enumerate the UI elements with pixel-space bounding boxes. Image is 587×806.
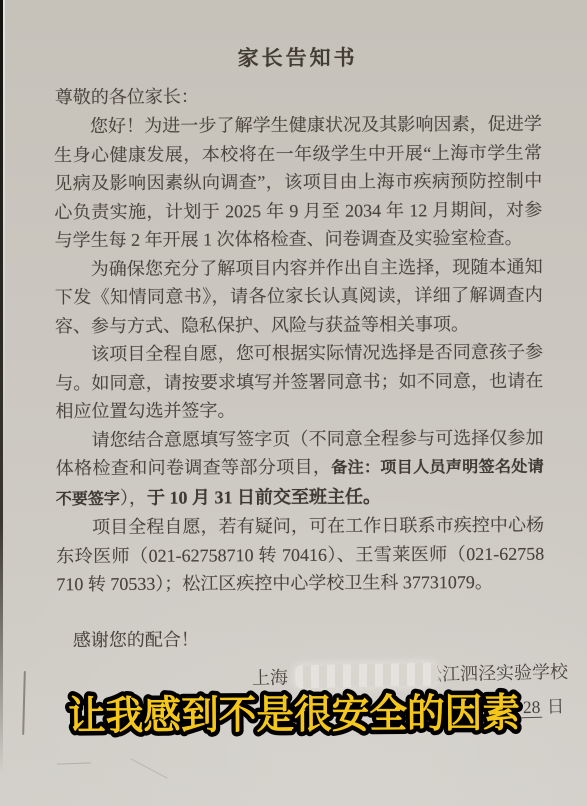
paragraph-voluntary-choice: 该项目全程自愿，您可根据实际情况选择是否同意孩子参与。如同意，请按要求填写并签署… xyxy=(55,338,543,426)
paragraph-signature-page: 请您结合意愿填写签字页（不同意全程参与可选择仅参加体格检查和问卷调查等部分项目，… xyxy=(56,423,544,513)
document-title: 家长告知书 xyxy=(54,43,542,74)
video-subtitle-caption: 让我感到不是很安全的因素 xyxy=(57,677,531,744)
deadline-text: 于 10 月 31 日前交至班主任。 xyxy=(147,486,381,507)
paragraph-survey-intro: 您好！为进一步了解学生健康状况及其影响因素，促进学生身心健康发展，本校将在一年级… xyxy=(54,110,543,255)
caption-text: 让我感到不是很安全的因素 xyxy=(68,690,520,739)
date-day-suffix: 日 xyxy=(542,696,564,716)
paper-crease-mark xyxy=(57,762,91,764)
document-photo: 家长告知书 尊敬的各位家长： 您好！为进一步了解学生健康状况及其影响因素，促进学… xyxy=(0,0,587,806)
paragraph-consent-form: 为确保您充分了解项目内容并作出自主选择，现随本通知下发《知情同意书》，请各位家长… xyxy=(55,252,543,340)
paper-crease-mark xyxy=(22,671,26,735)
greeting-line: 尊敬的各位家长： xyxy=(55,80,542,111)
paper-crease-mark xyxy=(130,758,168,779)
closing-bracket: ）， xyxy=(120,487,147,507)
thanks-line: 感谢您的配合！ xyxy=(57,623,545,654)
notice-document: 家长告知书 尊敬的各位家长： 您好！为进一步了解学生健康状况及其影响因素，促进学… xyxy=(0,0,587,655)
paragraph-contact-info: 项目全程自愿，若有疑问，可在工作日联系市疾控中心杨东玲医师（021-627587… xyxy=(56,511,544,599)
